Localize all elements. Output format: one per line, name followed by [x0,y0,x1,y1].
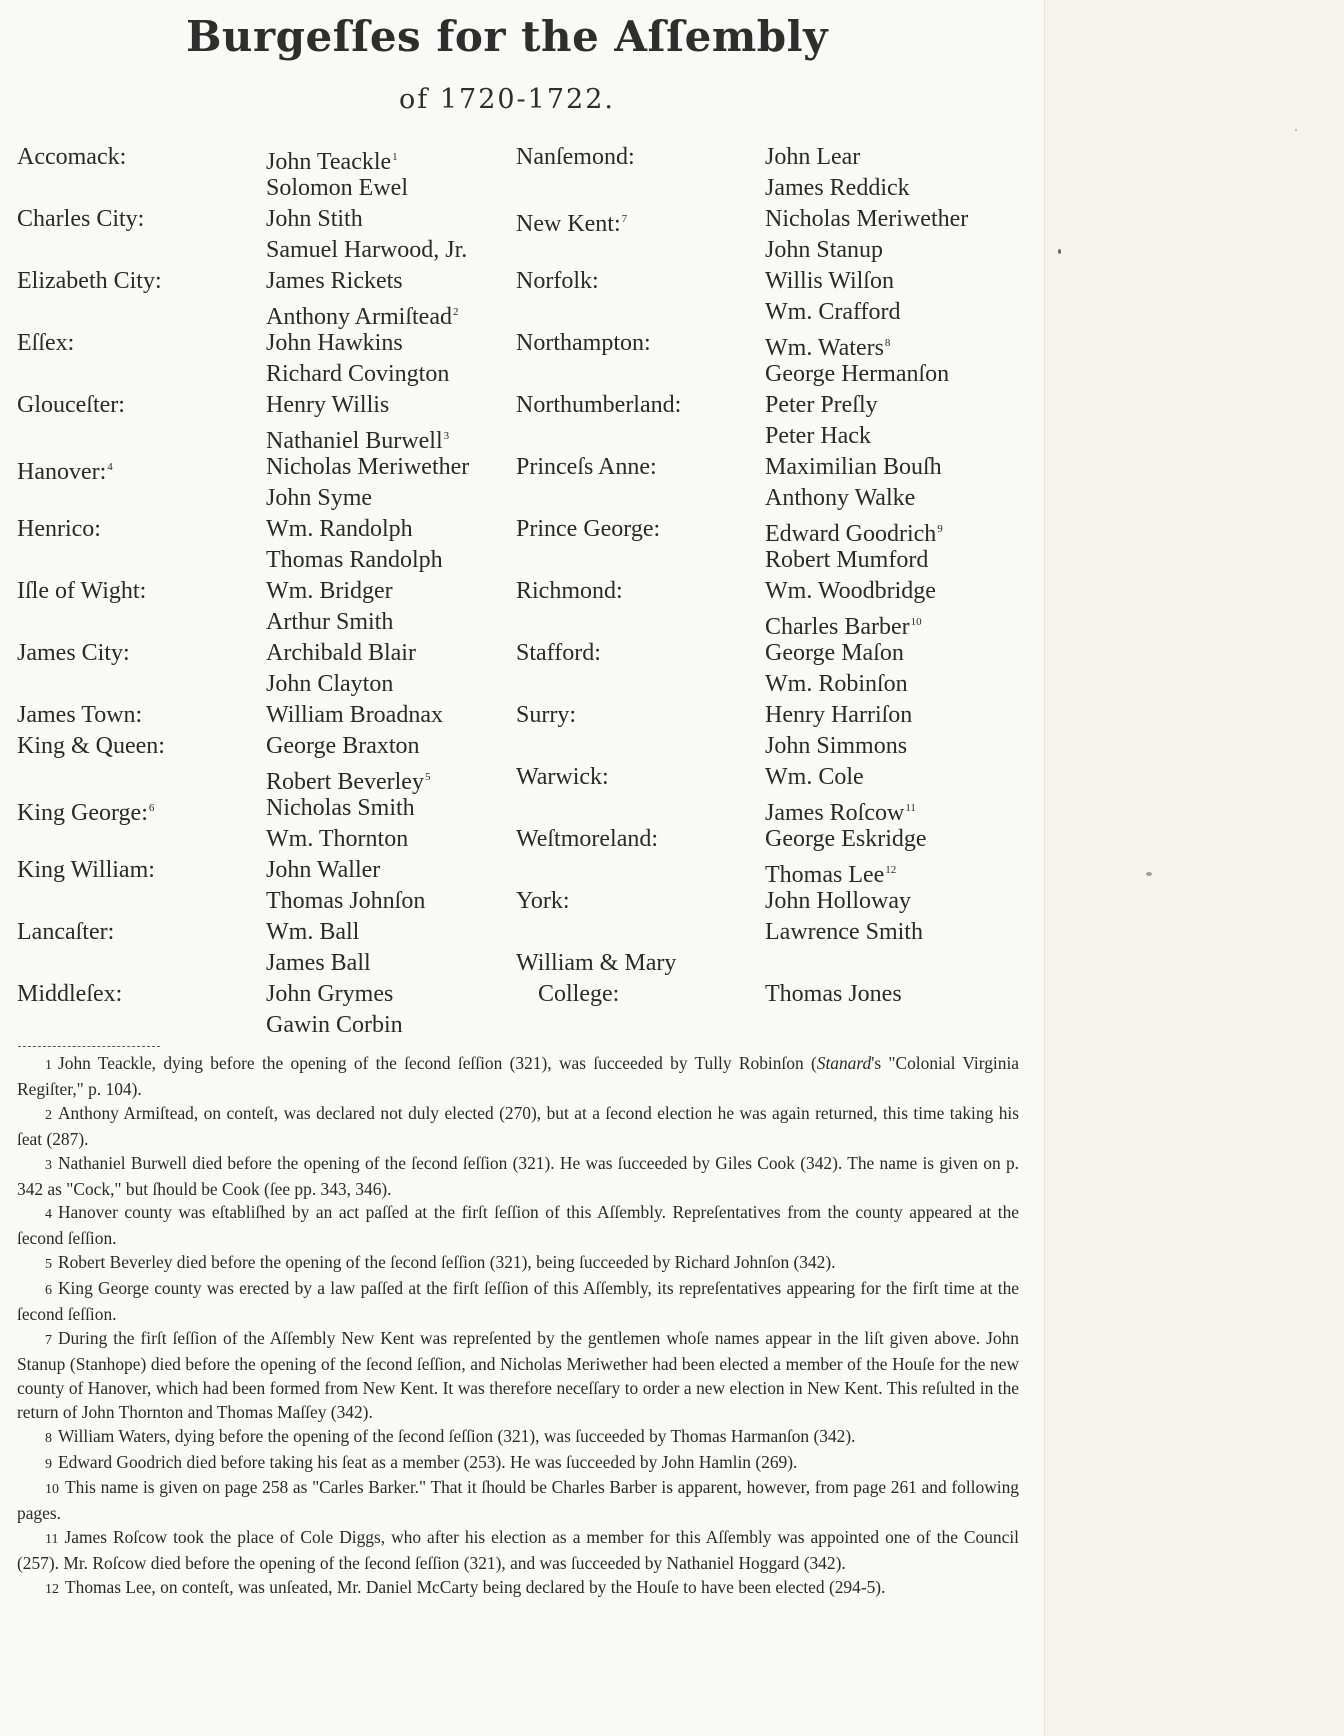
county-label: Norfolk: [516,266,599,297]
member-text: Wm. Ball [266,919,359,945]
county-name: Nanſemond: [516,144,635,170]
member-text: Peter Hack [765,423,871,449]
county-label: Hanover:4 [17,452,113,483]
footnote-item: 3Nathaniel Burwell died before the openi… [17,1152,1019,1202]
footnote-marker: 4 [107,461,113,473]
county-label-continued: College: [516,979,619,1010]
member-text: Thomas Johnſon [266,888,425,914]
member-name: Nathaniel Burwell3 [266,421,449,452]
footnote-text: John Teackle, dying before the opening o… [58,1053,817,1073]
county-name: Iſle of Wight: [17,578,146,604]
member-text: John Stanup [765,237,883,263]
footnote-marker: 12 [885,864,896,876]
footnote-text: Nathaniel Burwell died before the openin… [17,1153,1019,1199]
footnote-text: William Waters, dying before the opening… [58,1426,855,1446]
member-name: James Roſcow11 [765,793,916,824]
county-label: Eſſex: [17,328,74,359]
footnote-number: 11 [45,1532,58,1547]
footnote-number: 12 [45,1582,59,1597]
member-name: John Grymes [266,979,393,1010]
member-name: Wm. Ball [266,917,359,948]
county-label: King George:6 [17,793,154,824]
member-text: George Braxton [266,733,420,759]
footnote-text: During the firſt ſeſſion of the Aſſembly… [17,1328,1019,1422]
member-text: John Stith [266,206,363,232]
county-label: Stafford: [516,638,601,669]
county-label: Lancaſter: [17,917,114,948]
county-label: King & Queen: [17,731,165,762]
footnote-text: James Roſcow took the place of Cole Digg… [17,1527,1019,1573]
member-name: Peter Hack [765,421,871,452]
dust-speck [1058,249,1061,254]
member-name: John Stanup [765,235,883,266]
county-label: James Town: [17,700,142,731]
member-name: James Reddick [765,173,910,204]
member-text: Willis Wilſon [765,268,894,294]
member-name: Lawrence Smith [765,917,923,948]
member-text: Henry Harriſon [765,702,912,728]
footnote-number: 9 [45,1457,52,1472]
member-name: Edward Goodrich9 [765,514,943,545]
county-name: Stafford: [516,640,601,666]
footnote-text: Hanover county was eſtabliſhed by an act… [17,1202,1019,1248]
member-name: George Eskridge [765,824,927,855]
county-name: Glouceſter: [17,392,125,418]
county-label: Nanſemond: [516,142,635,173]
footnote-number: 1 [45,1058,52,1073]
page-subtitle: of 1720-1722. [0,84,1014,115]
member-name: George Hermanſon [765,359,949,390]
member-name: Arthur Smith [266,607,393,638]
county-name: Charles City: [17,206,144,232]
member-text: Nicholas Smith [266,795,415,821]
footnote-number: 4 [45,1207,52,1222]
member-text: Solomon Ewel [266,175,408,201]
member-text: John Simmons [765,733,907,759]
county-name: Elizabeth City: [17,268,162,294]
member-name: James Rickets [266,266,403,297]
member-name: Nicholas Smith [266,793,415,824]
county-name: Prince George: [516,516,660,542]
member-text: Wm. Waters [765,335,884,361]
county-label: Charles City: [17,204,144,235]
county-label: York: [516,886,570,917]
member-text: Robert Mumford [765,547,928,573]
county-name: Lancaſter: [17,919,114,945]
county-name: Princeſs Anne: [516,454,657,480]
footnote-marker: 3 [444,430,450,442]
footnote-item: 5Robert Beverley died before the opening… [17,1251,1019,1277]
county-name: Eſſex: [17,330,74,356]
footnote-text: Thomas Lee, on conteſt, was unſeated, Mr… [65,1577,885,1597]
member-name: John Teackle1 [266,142,398,173]
footnote-marker: 1 [392,151,398,163]
member-text: Wm. Robinſon [765,671,908,697]
county-name: Accomack: [17,144,126,170]
member-name: Nicholas Meriwether [266,452,469,483]
member-name: Nicholas Meriwether [765,204,968,235]
county-name: Hanover: [17,459,106,485]
member-name: Wm. Randolph [266,514,413,545]
footnote-marker: 9 [937,523,943,535]
member-text: George Maſon [765,640,904,666]
member-name: Charles Barber10 [765,607,922,638]
county-label: Princeſs Anne: [516,452,657,483]
county-label: King William: [17,855,155,886]
member-name: Wm. Cole [765,762,864,793]
footnote-number: 7 [45,1333,52,1348]
county-label: Elizabeth City: [17,266,162,297]
footnote-italic: Stanard [817,1053,871,1073]
member-text: John Lear [765,144,860,170]
member-text: James Rickets [266,268,403,294]
county-name: King George: [17,800,148,826]
member-text: John Teackle [266,149,391,175]
member-name: John Simmons [765,731,907,762]
member-text: Lawrence Smith [765,919,923,945]
member-name: John Waller [266,855,380,886]
member-name: John Holloway [765,886,911,917]
county-name: Northampton: [516,330,651,356]
footnote-item: 7During the firſt ſeſſion of the Aſſembl… [17,1327,1019,1425]
county-name: New Kent: [516,211,621,237]
member-name: Anthony Armiſtead2 [266,297,458,328]
member-text: Anthony Armiſtead [266,304,452,330]
county-label: Accomack: [17,142,126,173]
member-name: Henry Harriſon [765,700,912,731]
footnote-item: 4Hanover county was eſtabliſhed by an ac… [17,1201,1019,1251]
county-label: Henrico: [17,514,101,545]
member-name: George Braxton [266,731,420,762]
member-text: Wm. Thornton [266,826,408,852]
footnotes: 1John Teackle, dying before the opening … [17,1052,1019,1602]
footnote-number: 10 [45,1482,59,1497]
county-label: Glouceſter: [17,390,125,421]
county-name: Middleſex: [17,981,122,1007]
footnote-marker: 2 [453,306,459,318]
county-name: Northumberland: [516,392,681,418]
member-text: John Holloway [765,888,911,914]
county-label: Surry: [516,700,576,731]
scanned-page: Burgeſſes for the Aſſembly of 1720-1722.… [0,0,1045,1736]
member-text: Henry Willis [266,392,389,418]
footnote-number: 6 [45,1283,52,1298]
county-label: Northampton: [516,328,651,359]
footnote-number: 8 [45,1431,52,1446]
county-name: Henrico: [17,516,101,542]
footnote-marker: 8 [885,337,891,349]
member-text: Wm. Bridger [266,578,393,604]
county-name: Surry: [516,702,576,728]
county-label: Weſtmoreland: [516,824,658,855]
footnote-text: King George county was erected by a law … [17,1278,1019,1324]
footnote-item: 2Anthony Armiſtead, on conteſt, was decl… [17,1102,1019,1152]
dust-speck [1295,129,1297,131]
member-name: John Syme [266,483,372,514]
footnote-text: This name is given on page 258 as "Carle… [17,1477,1019,1523]
member-text: Nicholas Meriwether [266,454,469,480]
county-label: Iſle of Wight: [17,576,146,607]
member-text: Anthony Walke [765,485,915,511]
member-text: John Waller [266,857,380,883]
member-text: John Syme [266,485,372,511]
member-text: Robert Beverley [266,769,424,795]
dust-speck [1146,872,1152,876]
member-name: Wm. Robinſon [765,669,908,700]
member-text: William Broadnax [266,702,443,728]
member-name: Thomas Randolph [266,545,443,576]
member-text: Peter Preſly [765,392,878,418]
member-name: Wm. Thornton [266,824,408,855]
member-name: Thomas Johnſon [266,886,425,917]
footnote-marker: 11 [905,802,916,814]
scanner-background [1045,0,1344,1736]
member-name: Gawin Corbin [266,1010,403,1041]
member-text: Wm. Woodbridge [765,578,936,604]
member-text: George Hermanſon [765,361,949,387]
member-name: John Stith [266,204,363,235]
member-name: Robert Mumford [765,545,928,576]
county-name: Richmond: [516,578,623,604]
county-name: York: [516,888,570,914]
footnote-number: 3 [45,1158,52,1173]
county-label: Northumberland: [516,390,681,421]
county-label: Richmond: [516,576,623,607]
footnote-item: 1John Teackle, dying before the opening … [17,1052,1019,1102]
footnote-divider [18,1046,160,1047]
member-name: Wm. Waters8 [765,328,890,359]
member-text: James Reddick [765,175,910,201]
county-name: King & Queen: [17,733,165,759]
member-name: Samuel Harwood, Jr. [266,235,467,266]
member-text: Gawin Corbin [266,1012,403,1038]
footnote-item: 10This name is given on page 258 as "Car… [17,1476,1019,1526]
member-name: Richard Covington [266,359,449,390]
member-name: John Lear [765,142,860,173]
member-text: Thomas Lee [765,862,884,888]
footnote-text: Anthony Armiſtead, on conteſt, was decla… [17,1103,1019,1149]
member-name: Henry Willis [266,390,389,421]
footnote-marker: 7 [622,213,628,225]
county-label: William & Mary [516,948,676,979]
member-text: James Roſcow [765,800,904,826]
footnote-number: 5 [45,1257,52,1272]
footnote-number: 2 [45,1108,52,1123]
county-name: Weſtmoreland: [516,826,658,852]
footnote-item: 6King George county was erected by a law… [17,1277,1019,1327]
footnote-text: Robert Beverley died before the opening … [58,1252,836,1272]
county-label: Middleſex: [17,979,122,1010]
member-text: Wm. Crafford [765,299,901,325]
county-name: Warwick: [516,764,609,790]
member-text: Richard Covington [266,361,449,387]
member-name: Peter Preſly [765,390,878,421]
member-text: Charles Barber [765,614,910,640]
member-text: Arthur Smith [266,609,393,635]
footnote-item: 9Edward Goodrich died before taking his … [17,1451,1019,1477]
member-name: Archibald Blair [266,638,416,669]
member-text: John Hawkins [266,330,403,356]
footnote-item: 8William Waters, dying before the openin… [17,1425,1019,1451]
member-name: Willis Wilſon [765,266,894,297]
county-name: James Town: [17,702,142,728]
member-name: Solomon Ewel [266,173,408,204]
member-text: Samuel Harwood, Jr. [266,237,467,263]
footnote-text: Edward Goodrich died before taking his ſ… [58,1452,797,1472]
member-text: Maximilian Bouſh [765,454,942,480]
county-name: William & Mary [516,950,676,976]
member-text: Edward Goodrich [765,521,936,547]
member-name: John Hawkins [266,328,403,359]
member-name: Wm. Crafford [765,297,901,328]
member-name: Thomas Lee12 [765,855,896,886]
county-label: James City: [17,638,130,669]
member-name: John Clayton [266,669,393,700]
member-name: Maximilian Bouſh [765,452,942,483]
member-text: Nathaniel Burwell [266,428,443,454]
member-text: John Grymes [266,981,393,1007]
member-name: Thomas Jones [765,979,902,1010]
member-name: Wm. Bridger [266,576,393,607]
member-name: William Broadnax [266,700,443,731]
county-label: Warwick: [516,762,609,793]
member-name: Anthony Walke [765,483,915,514]
footnote-item: 12Thomas Lee, on conteſt, was unſeated, … [17,1576,1019,1602]
county-name: King William: [17,857,155,883]
member-name: James Ball [266,948,371,979]
footnote-marker: 6 [149,802,155,814]
county-name: Norfolk: [516,268,599,294]
member-text: John Clayton [266,671,393,697]
county-name: James City: [17,640,130,666]
footnote-item: 11James Roſcow took the place of Cole Di… [17,1526,1019,1576]
member-text: James Ball [266,950,371,976]
member-text: Archibald Blair [266,640,416,666]
page-title: Burgeſſes for the Aſſembly [0,12,1014,61]
member-text: Thomas Randolph [266,547,443,573]
county-label: New Kent:7 [516,204,627,235]
member-text: Thomas Jones [765,981,902,1007]
member-name: Robert Beverley5 [266,762,430,793]
member-name: Wm. Woodbridge [765,576,936,607]
member-text: George Eskridge [765,826,927,852]
member-name: George Maſon [765,638,904,669]
member-text: Wm. Randolph [266,516,413,542]
member-text: Wm. Cole [765,764,864,790]
footnote-marker: 10 [911,616,922,628]
footnote-marker: 5 [425,771,431,783]
county-label: Prince George: [516,514,660,545]
member-text: Nicholas Meriwether [765,206,968,232]
